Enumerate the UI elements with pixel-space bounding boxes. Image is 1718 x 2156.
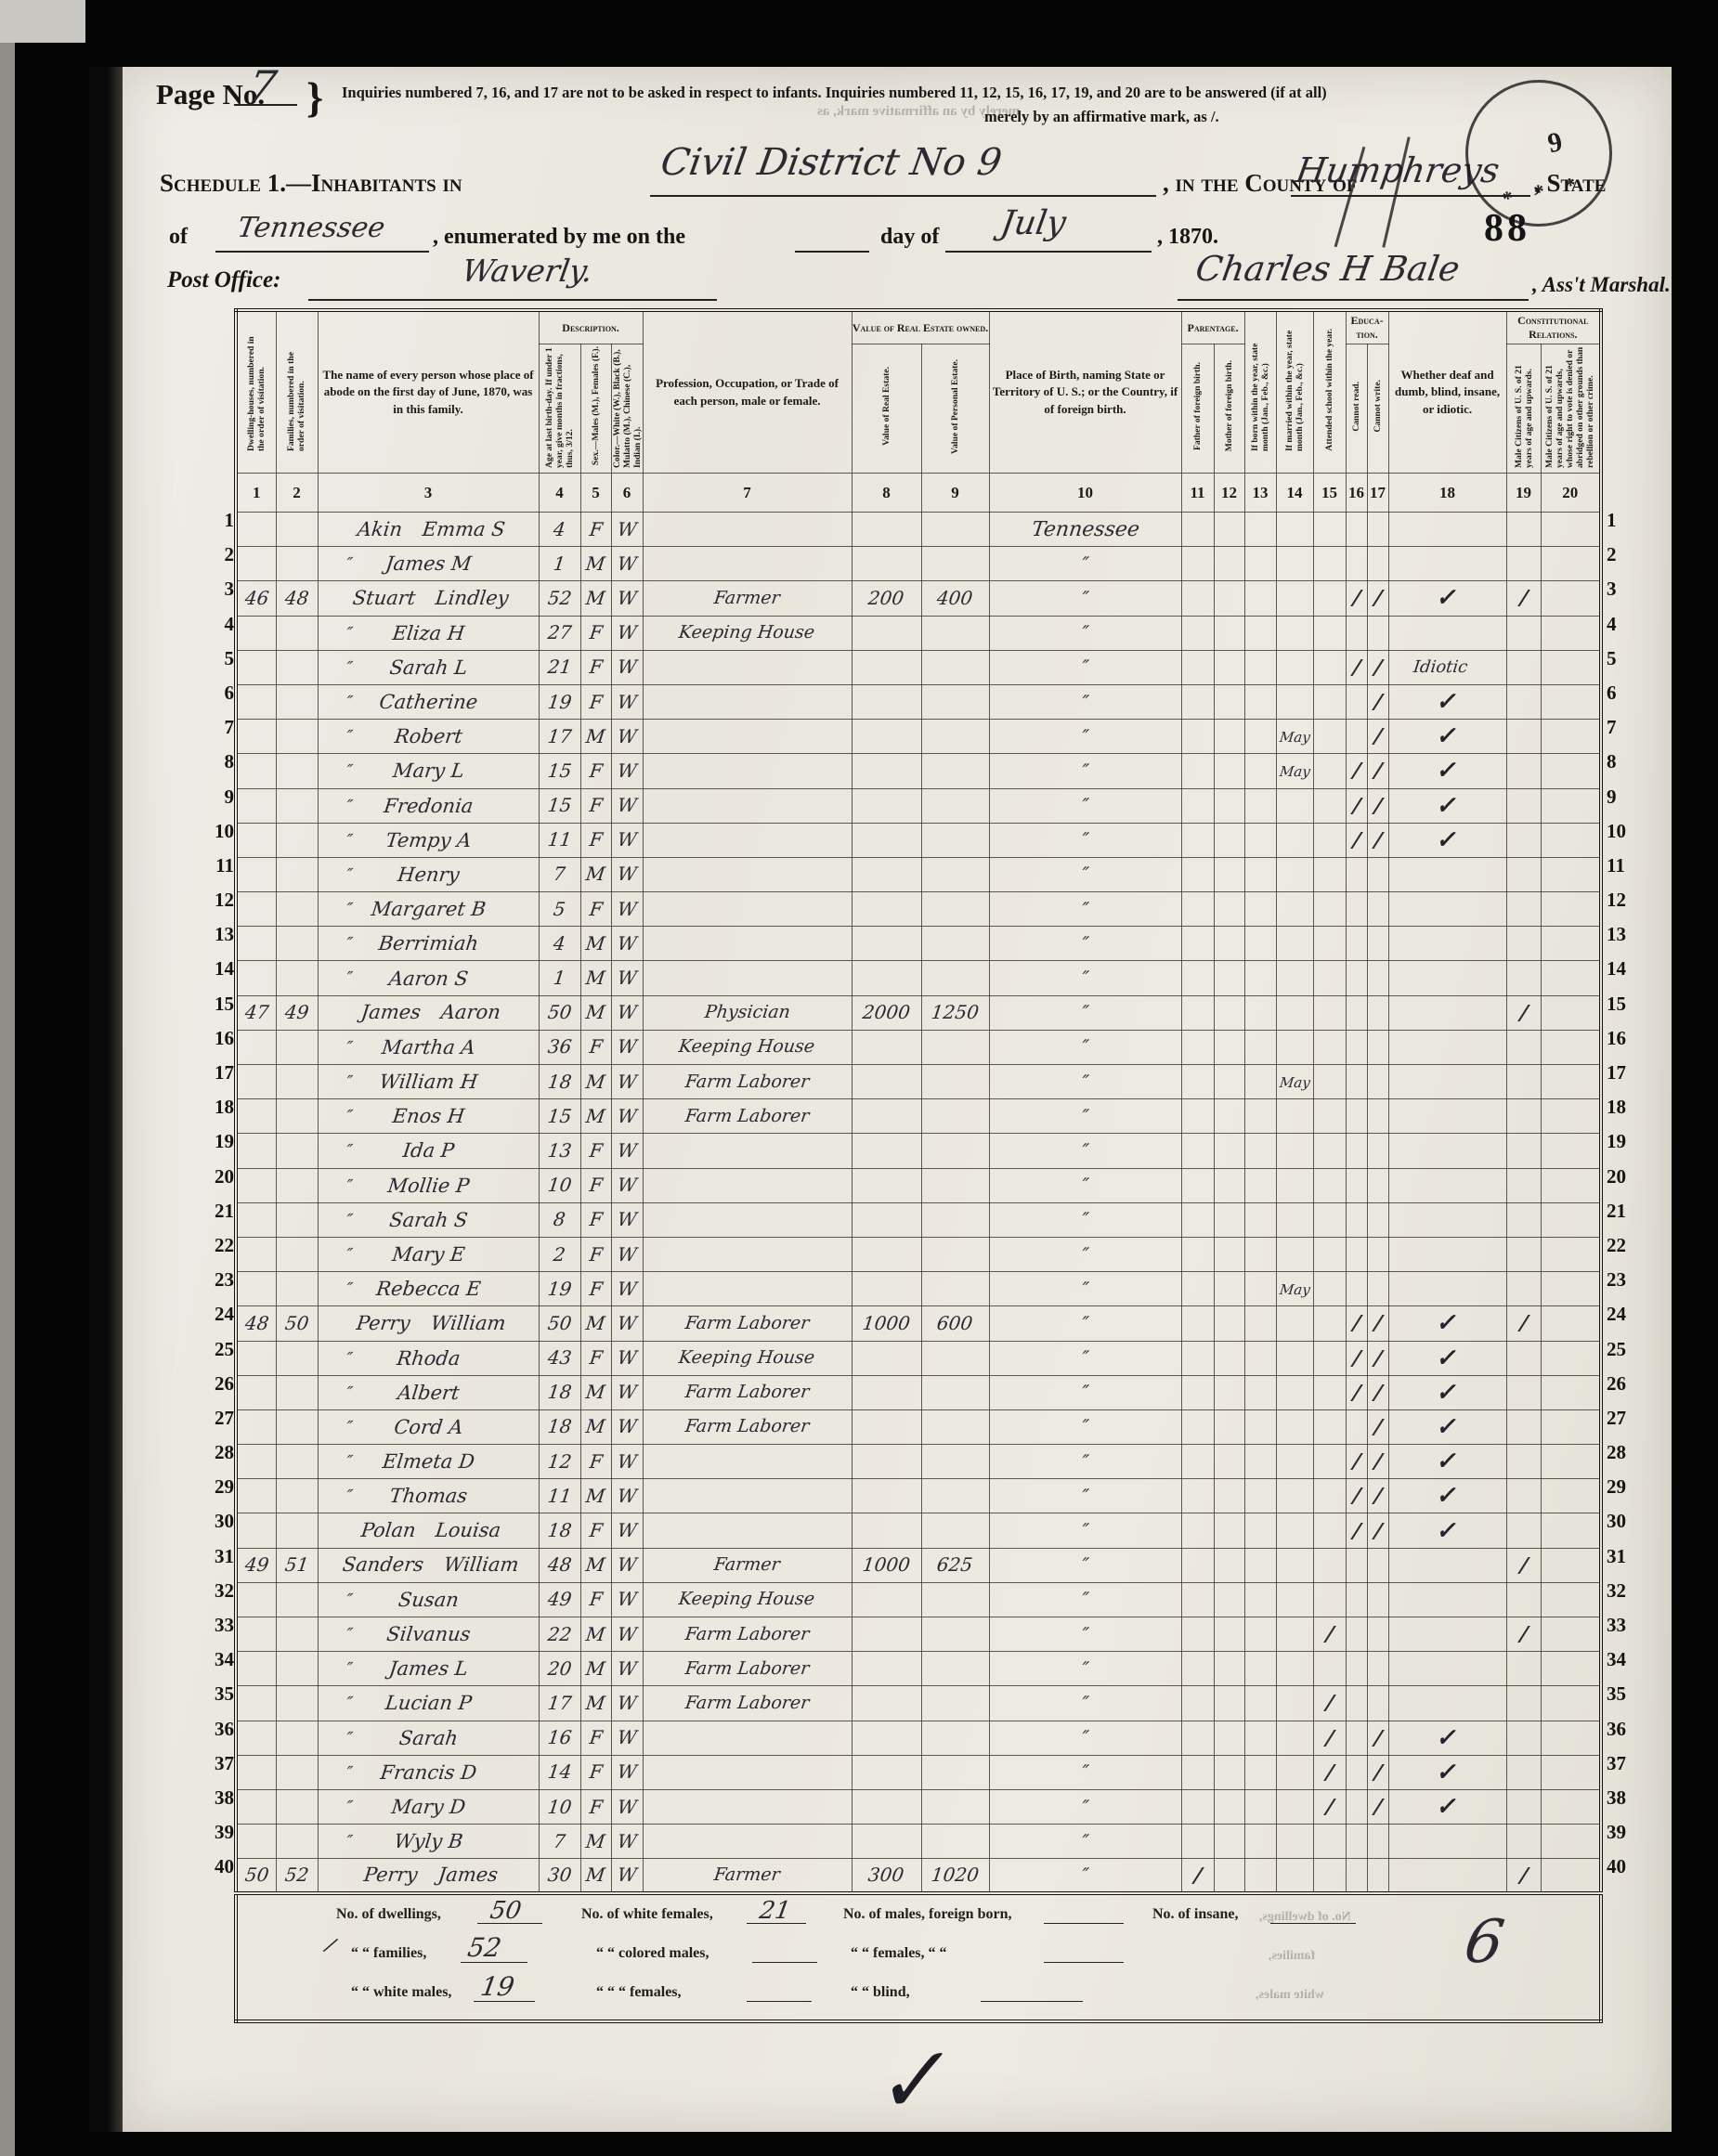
cell-name: ″Rebecca E [318, 1272, 539, 1306]
cell-color: W [611, 1755, 643, 1789]
column-number-20: 20 [1541, 474, 1601, 513]
cell-name: PolanLouisa [318, 1513, 539, 1548]
cell-dwelling [236, 650, 276, 684]
cell-married-month [1276, 1617, 1313, 1652]
cell-married-month [1276, 1479, 1313, 1513]
table-row: ″Mary L15FW″May//✓ [236, 754, 1601, 788]
cell-family [276, 1479, 318, 1513]
cell-color: W [611, 1030, 643, 1064]
cell-personal-estate [921, 1099, 989, 1134]
census-table: Dwelling-houses, numbered in the order o… [234, 308, 1603, 2023]
cell-cannot-write: / [1367, 650, 1388, 684]
cell-cannot-write: / [1367, 1789, 1388, 1824]
cell-family [276, 1617, 318, 1652]
cell-married-month [1276, 650, 1313, 684]
cell-occupation [643, 1272, 852, 1306]
cell-personal-estate [921, 1721, 989, 1755]
cell-cannot-read [1346, 513, 1367, 547]
row-number-13: 13 [202, 923, 234, 957]
table-row: 4850PerryWilliam50MWFarm Laborer1000600″… [236, 1306, 1601, 1341]
cell-born-month [1244, 1134, 1276, 1168]
cell-married-month [1276, 1825, 1313, 1859]
cell-vote-denied [1541, 1582, 1601, 1617]
cell-infirmity [1388, 892, 1506, 927]
cell-cannot-read [1346, 1099, 1367, 1134]
col-header-1: Dwelling-houses, numbered in the order o… [236, 310, 276, 474]
cell-personal-estate [921, 892, 989, 927]
cell-dwelling [236, 616, 276, 650]
cell-occupation [643, 1721, 852, 1755]
column-number-16: 16 [1346, 474, 1367, 513]
cell-married-month [1276, 1582, 1313, 1617]
column-number-1: 1 [236, 474, 276, 513]
cell-male-citizen [1506, 547, 1541, 581]
cell-birthplace: ″ [989, 1409, 1181, 1444]
cell-color: W [611, 1237, 643, 1271]
cell-born-month [1244, 616, 1276, 650]
cell-family [276, 1375, 318, 1409]
cell-vote-denied [1541, 1202, 1601, 1237]
cell-mother-foreign [1214, 1789, 1244, 1824]
col-header-16: Cannot read. [1346, 344, 1367, 474]
cell-age: 43 [539, 1341, 580, 1375]
cell-born-month [1244, 1099, 1276, 1134]
cell-father-foreign [1181, 1789, 1214, 1824]
cell-attended-school [1313, 1168, 1346, 1202]
cell-mother-foreign [1214, 616, 1244, 650]
cell-born-month [1244, 1548, 1276, 1582]
cell-age: 18 [539, 1513, 580, 1548]
cell-personal-estate [921, 823, 989, 857]
cell-age: 22 [539, 1617, 580, 1652]
cell-married-month [1276, 1099, 1313, 1134]
cell-cannot-write [1367, 1686, 1388, 1721]
cell-father-foreign [1181, 1341, 1214, 1375]
cell-infirmity: Idiotic [1388, 650, 1506, 684]
cell-father-foreign [1181, 1548, 1214, 1582]
cell-sex: F [580, 650, 611, 684]
cell-age: 7 [539, 857, 580, 891]
cell-name: ″Margaret B [318, 892, 539, 927]
cell-cannot-write: / [1367, 1479, 1388, 1513]
cell-attended-school: / [1313, 1617, 1346, 1652]
cell-age: 21 [539, 650, 580, 684]
cell-family: 52 [276, 1859, 318, 1893]
cell-married-month: May [1276, 1272, 1313, 1306]
cell-born-month [1244, 1168, 1276, 1202]
col-header-11: Father of foreign birth. [1181, 344, 1214, 474]
cell-cannot-read: / [1346, 1445, 1367, 1479]
cell-vote-denied [1541, 650, 1601, 684]
cell-cannot-read [1346, 927, 1367, 961]
cell-father-foreign [1181, 1237, 1214, 1271]
cell-married-month: May [1276, 1065, 1313, 1099]
district-line [650, 195, 1156, 197]
cell-family [276, 684, 318, 719]
cell-cannot-write [1367, 927, 1388, 961]
cell-real-estate: 1000 [852, 1548, 921, 1582]
cell-attended-school [1313, 1134, 1346, 1168]
row-number-4: 4 [1607, 613, 1638, 647]
cell-vote-denied [1541, 1513, 1601, 1548]
cell-male-citizen: / [1506, 581, 1541, 616]
column-number-18: 18 [1388, 474, 1506, 513]
cell-occupation [643, 1202, 852, 1237]
cell-male-citizen [1506, 720, 1541, 754]
cell-real-estate [852, 857, 921, 891]
cell-occupation [643, 720, 852, 754]
cell-infirmity [1388, 547, 1506, 581]
marshal-label: , Ass't Marshal. [1532, 273, 1671, 297]
cell-cannot-write: / [1367, 754, 1388, 788]
cell-sex: F [580, 754, 611, 788]
cell-cannot-read [1346, 1859, 1367, 1893]
cell-attended-school [1313, 788, 1346, 823]
cell-color: W [611, 1272, 643, 1306]
blank [1044, 1962, 1124, 1963]
col-header-14: If married within the year, state month … [1276, 310, 1313, 474]
cell-father-foreign [1181, 1134, 1214, 1168]
cell-father-foreign [1181, 1825, 1214, 1859]
row-number-22: 22 [1607, 1234, 1638, 1268]
cell-vote-denied [1541, 1168, 1601, 1202]
cell-color: W [611, 650, 643, 684]
cell-color: W [611, 616, 643, 650]
cell-cannot-write [1367, 1065, 1388, 1099]
row-number-18: 18 [1607, 1096, 1638, 1130]
cell-male-citizen: / [1506, 1548, 1541, 1582]
cell-birthplace: ″ [989, 616, 1181, 650]
cell-father-foreign [1181, 1617, 1214, 1652]
row-number-32: 32 [1607, 1579, 1638, 1614]
cell-sex: M [580, 1306, 611, 1341]
cell-father-foreign [1181, 1065, 1214, 1099]
cell-born-month [1244, 1445, 1276, 1479]
row-number-39: 39 [202, 1821, 234, 1855]
cell-male-citizen [1506, 1099, 1541, 1134]
cell-color: W [611, 1168, 643, 1202]
cell-infirmity: ✓ [1388, 684, 1506, 719]
cell-sex: F [580, 616, 611, 650]
cell-vote-denied [1541, 823, 1601, 857]
cell-occupation [643, 1134, 852, 1168]
stamp-digit: 9 [1545, 126, 1566, 160]
cell-mother-foreign [1214, 1030, 1244, 1064]
cell-dwelling [236, 1582, 276, 1617]
cell-personal-estate [921, 1686, 989, 1721]
cell-age: 15 [539, 788, 580, 823]
cell-vote-denied [1541, 1548, 1601, 1582]
cell-cannot-write [1367, 1652, 1388, 1686]
table-row: ″Margaret B5FW″ [236, 892, 1601, 927]
cell-sex: F [580, 1789, 611, 1824]
cell-infirmity [1388, 1099, 1506, 1134]
cell-attended-school [1313, 1375, 1346, 1409]
cell-father-foreign [1181, 1375, 1214, 1409]
cell-infirmity [1388, 857, 1506, 891]
families-total: 52 [465, 1932, 503, 1963]
cell-cannot-read [1346, 995, 1367, 1030]
row-number-3: 3 [202, 578, 234, 612]
cell-married-month [1276, 823, 1313, 857]
row-number-29: 29 [202, 1475, 234, 1510]
cell-cannot-read [1346, 1272, 1367, 1306]
cell-father-foreign: / [1181, 1859, 1214, 1893]
table-row: ″Fredonia15FW″//✓ [236, 788, 1601, 823]
cell-age: 18 [539, 1065, 580, 1099]
cell-dwelling [236, 1617, 276, 1652]
cell-father-foreign [1181, 616, 1214, 650]
cell-male-citizen [1506, 823, 1541, 857]
cell-family [276, 1065, 318, 1099]
cell-birthplace: ″ [989, 995, 1181, 1030]
table-row: ″Susan49FWKeeping House″ [236, 1582, 1601, 1617]
cell-color: W [611, 892, 643, 927]
cell-occupation: Keeping House [643, 1341, 852, 1375]
cell-occupation [643, 788, 852, 823]
row-number-28: 28 [1607, 1441, 1638, 1475]
cell-personal-estate [921, 1168, 989, 1202]
cell-male-citizen [1506, 1789, 1541, 1824]
cell-age: 20 [539, 1652, 580, 1686]
cell-male-citizen [1506, 1825, 1541, 1859]
cell-male-citizen: / [1506, 1306, 1541, 1341]
cell-dwelling: 46 [236, 581, 276, 616]
cell-vote-denied [1541, 788, 1601, 823]
brace: } [306, 72, 323, 122]
row-number-5: 5 [1607, 647, 1638, 682]
cell-real-estate [852, 1168, 921, 1202]
cell-dwelling [236, 1134, 276, 1168]
cell-sex: F [580, 1513, 611, 1548]
cell-birthplace: ″ [989, 823, 1181, 857]
col-header-5: Sex.—Males (M.), Females (F.). [580, 344, 611, 474]
cell-married-month [1276, 547, 1313, 581]
cell-dwelling [236, 1513, 276, 1548]
cell-real-estate [852, 684, 921, 719]
cell-dwelling: 48 [236, 1306, 276, 1341]
row-number-12: 12 [202, 889, 234, 923]
cell-cannot-read [1346, 684, 1367, 719]
cell-male-citizen [1506, 788, 1541, 823]
cell-real-estate [852, 1686, 921, 1721]
cell-vote-denied [1541, 995, 1601, 1030]
cell-birthplace: ″ [989, 788, 1181, 823]
enumerated-label: , enumerated by me on the [433, 225, 685, 250]
cell-father-foreign [1181, 1030, 1214, 1064]
cell-married-month: May [1276, 754, 1313, 788]
cell-name: JamesAaron [318, 995, 539, 1030]
cell-real-estate [852, 788, 921, 823]
cell-color: W [611, 788, 643, 823]
cell-dwelling [236, 1237, 276, 1271]
cell-name: ″Aaron S [318, 961, 539, 995]
cell-infirmity: ✓ [1388, 1479, 1506, 1513]
row-number-6: 6 [1607, 682, 1638, 716]
cell-real-estate [852, 1825, 921, 1859]
cell-born-month [1244, 892, 1276, 927]
cell-age: 14 [539, 1755, 580, 1789]
cell-age: 1 [539, 547, 580, 581]
cell-cannot-write [1367, 1825, 1388, 1859]
cell-personal-estate [921, 1202, 989, 1237]
cell-sex: F [580, 1030, 611, 1064]
book-gutter-shadow [89, 67, 123, 2132]
col-header-19: Male Citizens of U. S. of 21 years of ag… [1506, 344, 1541, 474]
cell-age: 12 [539, 1445, 580, 1479]
row-number-38: 38 [1607, 1786, 1638, 1821]
cell-male-citizen [1506, 1202, 1541, 1237]
cell-personal-estate [921, 1789, 989, 1824]
cell-age: 4 [539, 513, 580, 547]
col-header-12: Mother of foreign birth. [1214, 344, 1244, 474]
cell-infirmity [1388, 1237, 1506, 1271]
cell-mother-foreign [1214, 961, 1244, 995]
cell-vote-denied [1541, 1686, 1601, 1721]
column-number-19: 19 [1506, 474, 1541, 513]
cell-cannot-write: / [1367, 1513, 1388, 1548]
cell-sex: M [580, 720, 611, 754]
cell-personal-estate [921, 616, 989, 650]
cell-color: W [611, 1617, 643, 1652]
cell-male-citizen [1506, 650, 1541, 684]
bleed-text: No. of dwellings, [1259, 1910, 1351, 1925]
cell-infirmity: ✓ [1388, 581, 1506, 616]
cell-birthplace: ″ [989, 1445, 1181, 1479]
cell-color: W [611, 1202, 643, 1237]
cell-personal-estate [921, 961, 989, 995]
cell-cannot-write [1367, 961, 1388, 995]
column-number-13: 13 [1244, 474, 1276, 513]
cell-birthplace: ″ [989, 1479, 1181, 1513]
post-office-label: Post Office: [167, 267, 280, 293]
row-number-29: 29 [1607, 1475, 1638, 1510]
cell-born-month [1244, 1755, 1276, 1789]
cell-real-estate [852, 1789, 921, 1824]
bleed-text: white males, [1256, 1988, 1324, 2003]
cell-real-estate [852, 547, 921, 581]
row-number-37: 37 [1607, 1752, 1638, 1786]
cell-attended-school [1313, 1513, 1346, 1548]
cell-vote-denied [1541, 1859, 1601, 1893]
row-number-36: 36 [202, 1718, 234, 1752]
cell-sex: M [580, 1099, 611, 1134]
white-females-label: No. of white females, [581, 1906, 713, 1923]
cell-name: ″Mary D [318, 1789, 539, 1824]
handwritten-six: 6 [1460, 1908, 1508, 1977]
cell-dwelling [236, 684, 276, 719]
row-number-40: 40 [202, 1855, 234, 1890]
cell-cannot-write [1367, 1030, 1388, 1064]
cell-cannot-write [1367, 1272, 1388, 1306]
cell-occupation [643, 754, 852, 788]
cell-infirmity [1388, 1652, 1506, 1686]
cell-birthplace: ″ [989, 1859, 1181, 1893]
cell-family [276, 754, 318, 788]
row-number-19: 19 [202, 1130, 234, 1164]
stamp-code: 88 [1484, 206, 1530, 251]
cell-attended-school [1313, 995, 1346, 1030]
cell-male-citizen: / [1506, 1617, 1541, 1652]
cell-attended-school [1313, 1306, 1346, 1341]
cell-vote-denied [1541, 616, 1601, 650]
cell-mother-foreign [1214, 1099, 1244, 1134]
column-number-5: 5 [580, 474, 611, 513]
cell-vote-denied [1541, 1721, 1601, 1755]
cell-born-month [1244, 1582, 1276, 1617]
cell-color: W [611, 1341, 643, 1375]
cell-age: 27 [539, 616, 580, 650]
cell-cannot-write [1367, 857, 1388, 891]
cell-married-month [1276, 1341, 1313, 1375]
row-numbers-right: 1234567891011121314151617181920212223242… [1607, 509, 1638, 1890]
row-numbers-left: 1234567891011121314151617181920212223242… [202, 509, 234, 1890]
cell-attended-school [1313, 1272, 1346, 1306]
row-number-8: 8 [1607, 750, 1638, 785]
table-row: ″William H18MWFarm Laborer″May [236, 1065, 1601, 1099]
cell-birthplace: ″ [989, 892, 1181, 927]
cell-occupation: Farm Laborer [643, 1409, 852, 1444]
cell-personal-estate: 1250 [921, 995, 989, 1030]
cell-real-estate: 1000 [852, 1306, 921, 1341]
cell-color: W [611, 684, 643, 719]
cell-born-month [1244, 720, 1276, 754]
cell-mother-foreign [1214, 1237, 1244, 1271]
cell-infirmity: ✓ [1388, 1721, 1506, 1755]
cell-occupation: Farm Laborer [643, 1099, 852, 1134]
row-number-7: 7 [1607, 716, 1638, 750]
col-header-8: Value of Real Estate. [852, 344, 921, 474]
cell-age: 50 [539, 995, 580, 1030]
cell-cannot-read: / [1346, 581, 1367, 616]
cell-mother-foreign [1214, 1375, 1244, 1409]
cell-father-foreign [1181, 1168, 1214, 1202]
cell-born-month [1244, 581, 1276, 616]
cell-cannot-read [1346, 1548, 1367, 1582]
cell-color: W [611, 927, 643, 961]
cell-real-estate [852, 754, 921, 788]
cell-name: ″Ida P [318, 1134, 539, 1168]
row-number-21: 21 [1607, 1200, 1638, 1234]
cell-real-estate [852, 1582, 921, 1617]
cell-occupation: Farmer [643, 1548, 852, 1582]
col-header-13: If born within the year, state month (Ja… [1244, 310, 1276, 474]
cell-birthplace: ″ [989, 1721, 1181, 1755]
cell-personal-estate [921, 754, 989, 788]
table-row: ″Robert17MW″May/✓ [236, 720, 1601, 754]
blank [747, 2001, 812, 2002]
cell-dwelling [236, 1168, 276, 1202]
cell-mother-foreign [1214, 788, 1244, 823]
instruction-note-2: merely by an affirmative mark, as /. [984, 108, 1219, 126]
cell-married-month [1276, 892, 1313, 927]
cell-infirmity [1388, 1859, 1506, 1893]
cell-born-month [1244, 1030, 1276, 1064]
cell-name: ″Henry [318, 857, 539, 891]
cell-attended-school [1313, 1445, 1346, 1479]
row-number-30: 30 [1607, 1510, 1638, 1544]
cell-name: ″Elmeta D [318, 1445, 539, 1479]
cell-personal-estate [921, 1582, 989, 1617]
cell-color: W [611, 1721, 643, 1755]
cell-real-estate [852, 1272, 921, 1306]
cell-color: W [611, 1099, 643, 1134]
col-header-17: Cannot write. [1367, 344, 1388, 474]
cell-infirmity: ✓ [1388, 720, 1506, 754]
cell-family [276, 788, 318, 823]
cell-male-citizen [1506, 927, 1541, 961]
cell-occupation: Farm Laborer [643, 1686, 852, 1721]
